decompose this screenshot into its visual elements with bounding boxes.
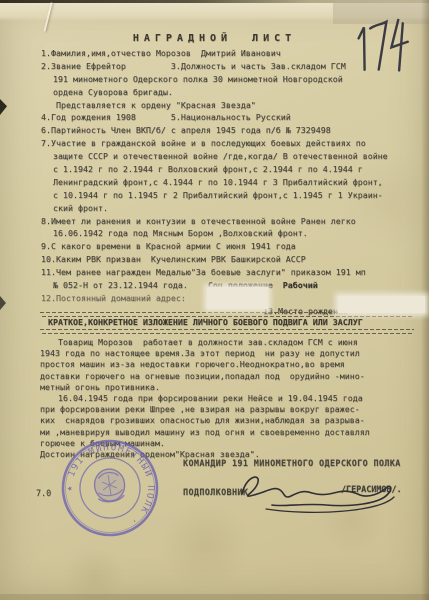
field-party: 6.Партийность Член ВКП/б/ с апреля 1945 … [41,124,421,137]
redaction-block-birthplace [338,296,425,313]
binder-mark [0,99,7,115]
citation-line: простоя машин из-за недоставки горючего.… [40,359,422,370]
field-participation: 7.Участие в гражданской войне и в послед… [41,137,421,150]
field-birthyear-nationality: 4.Год рождения 1908 5.Национальность Рус… [41,111,421,124]
field-service-since: 9.С какого времени в Красной армии С июн… [41,240,421,253]
field-unit: 191 минометного Одерского полка 30 мином… [53,73,421,86]
form-fields: 1.Фамилия,имя,отчество Морозов Дмитрий И… [41,47,421,318]
citation-section-header: КРАТКОЕ,КОНКРЕТНОЕ ИЗЛОЖЕНИЕ ЛИЧНОГО БОЕ… [48,317,363,327]
award-sheet-document: НАГРАДНОЙ ЛИСТ 1.Фамилия,имя,отчество Мо… [0,0,429,600]
field-unit-cont: ордена Суворова бригады. [53,86,421,99]
field-wounds: 8.Имеет ли ранения и контузии в отечеств… [41,215,421,228]
citation-line: при форсировании реки Шпрее ,не взирая н… [40,404,422,415]
field-fronts-3: с 10.1944 г по 1.1945 г 2 Прибалтийский … [53,189,421,202]
date-fragment: 7.0 [36,488,51,498]
field-prior-awards: 11.Чем ранее награжден Медалью"За боевые… [41,266,421,279]
field-recommended-award: Представляется к ордену "Красная Звезда" [56,99,421,112]
field-fronts-4: ский фронт. [53,202,421,215]
regiment-stamp: ★ 191 МИНОМЕТНЫЙ ПОЛК · [50,428,170,548]
field-rank-position: 2.Звание Ефрейтор 3.Должность и часть За… [41,60,421,73]
commander-signature [232,466,402,518]
redaction-block-address [207,287,268,309]
field-name: 1.Фамилия,имя,отчество Морозов Дмитрий И… [41,47,421,60]
divider [40,329,414,335]
citation-line: доставки горючего на огневые позиции,поп… [40,371,422,382]
citation-line: 16.04.1945 года при форсировании реки Не… [58,393,422,404]
field-drafted-by: 10.Каким РВК призван Кучелинским РВК Баш… [41,253,421,266]
field-wounds-cont: 16.06.1942 года под Мясным Бором ,Волхов… [53,227,421,240]
field-fronts-1: с 1.1942 г по 2.1944 г Волховский фронт,… [53,163,421,176]
field-participation-cont: защите СССР и отечественной войне /где,к… [53,150,421,163]
citation-line: метный огонь противника. [40,382,422,393]
page-bottom-edge [0,594,429,600]
order-reference: № 052-Н от 23.12.1944 года. [53,280,188,290]
citation-line: ких снарядов грозивших опасностью для жи… [40,415,422,426]
field-fronts-2: Ленинградский фронт,с 4.1944 г по 10.194… [53,176,421,189]
document-title: НАГРАДНОЙ ЛИСТ [0,33,429,44]
binder-mark [0,296,6,310]
citation-line: Товарищ Морозов работает в должности зав… [58,337,422,348]
citation-line: 1943 года по настоящее время.За этот пер… [40,348,422,359]
